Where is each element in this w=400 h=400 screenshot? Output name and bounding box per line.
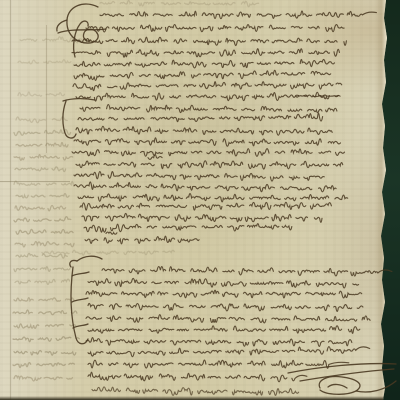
handwriting-paragraph-1 [72, 11, 376, 244]
manuscript-line [84, 224, 292, 232]
manuscript-line [86, 338, 352, 347]
manuscript-line [72, 37, 346, 45]
manuscript-line [80, 202, 331, 210]
handwriting-paragraph-2 [86, 267, 392, 396]
manuscript-line [14, 351, 76, 356]
manuscript-line [13, 337, 79, 342]
manuscript-line [88, 360, 349, 368]
manuscript-line [14, 154, 73, 160]
manuscript-line [15, 167, 66, 172]
handwriting-layer [0, 0, 400, 400]
manuscript-line [73, 82, 342, 91]
manuscript-line [296, 95, 340, 97]
manuscript-line [16, 117, 67, 123]
manuscript-line [74, 172, 324, 182]
manuscript-line [14, 181, 73, 185]
manuscript-line [74, 70, 331, 80]
manuscript-line [18, 92, 65, 96]
manuscript-line [86, 315, 370, 323]
manuscript-line [14, 376, 72, 381]
manuscript-line [74, 182, 336, 192]
manuscript-line [72, 49, 339, 57]
manuscript-line [102, 267, 392, 277]
manuscript-line [76, 92, 339, 101]
manuscript-line [100, 0, 259, 6]
manuscript-line [13, 363, 74, 368]
manuscript-line [85, 236, 199, 244]
manuscript-line [88, 372, 307, 382]
manuscript-line [74, 138, 341, 146]
manuscript-line [74, 59, 334, 67]
manuscript-line [82, 213, 322, 222]
manuscript-line [86, 290, 362, 298]
manuscript-line [88, 326, 360, 334]
manuscript-line [14, 324, 76, 328]
manuscript-line [100, 11, 376, 19]
manuscript-line [92, 387, 299, 395]
manuscript-line [16, 229, 73, 234]
scan-background [0, 0, 400, 400]
manuscript-line [72, 149, 345, 157]
manuscript-line [14, 217, 71, 222]
manuscript-line [86, 25, 344, 32]
manuscript-line [80, 105, 337, 113]
manuscript-line [16, 143, 68, 147]
manuscript-line [76, 161, 343, 169]
manuscript-line [16, 253, 67, 258]
manuscript-line [14, 267, 70, 272]
manuscript-line [14, 130, 71, 136]
manuscript-line [88, 278, 359, 288]
manuscript-line [15, 279, 70, 284]
signature-paraph [288, 364, 396, 395]
manuscript-line [16, 194, 69, 198]
manuscript-line [18, 60, 71, 64]
manuscript-line [15, 242, 74, 247]
bleed-through-text [13, 0, 259, 380]
manuscript-line [14, 298, 77, 302]
manuscript-line [76, 126, 332, 135]
manuscript-line [78, 194, 348, 202]
manuscript-line [88, 347, 370, 357]
manuscript-line [13, 310, 77, 315]
manuscript-line [15, 206, 66, 211]
manuscript-line [88, 303, 363, 311]
manuscript-line [78, 113, 323, 121]
manuscript-line [106, 232, 117, 234]
